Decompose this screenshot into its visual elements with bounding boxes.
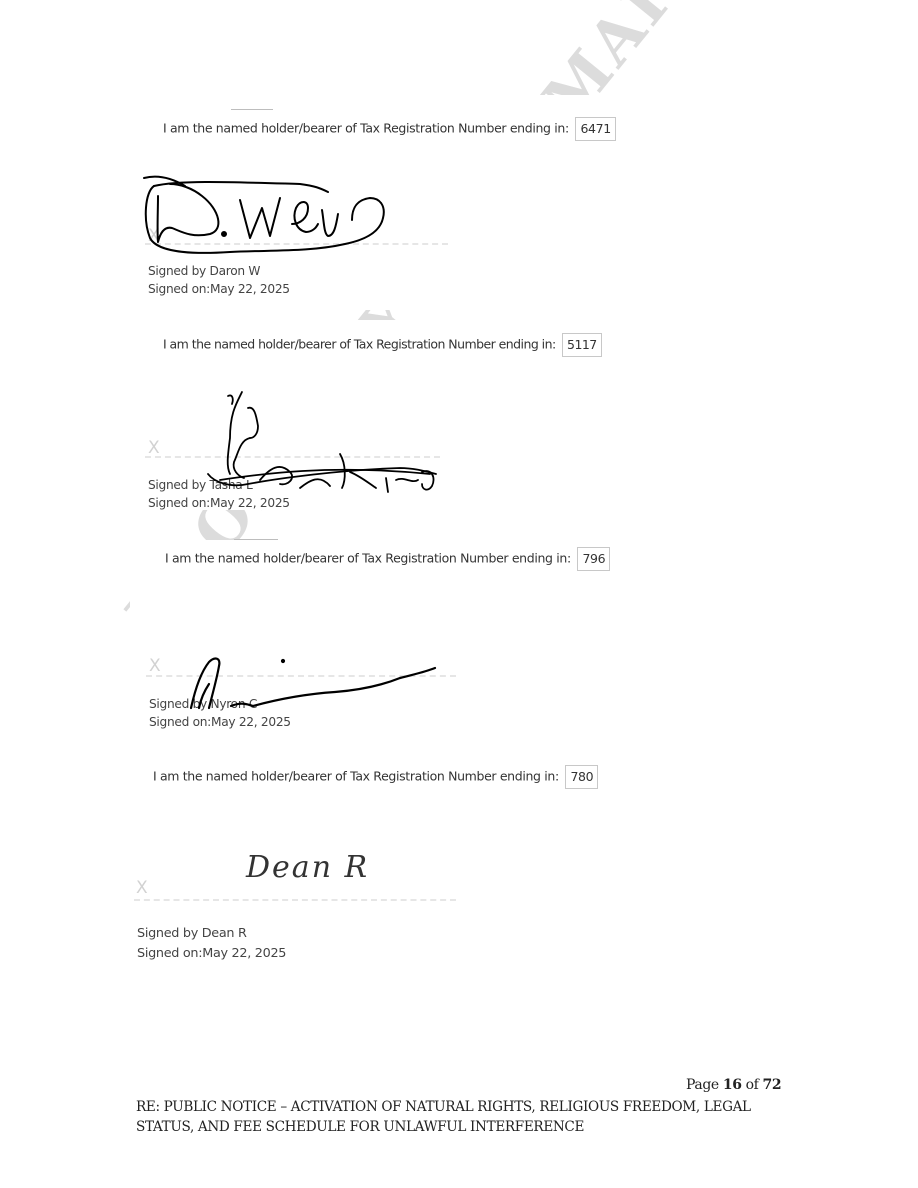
trn-statement: I am the named holder/bearer of Tax Regi…	[163, 333, 602, 357]
typed-signature: Dean R	[246, 850, 369, 885]
trn-label: I am the named holder/bearer of Tax Regi…	[153, 769, 559, 784]
signature-line	[134, 899, 456, 901]
trn-statement: I am the named holder/bearer of Tax Regi…	[153, 765, 598, 789]
trn-label: I am the named holder/bearer of Tax Regi…	[163, 337, 556, 352]
signature-x-mark: X	[149, 656, 161, 676]
handwritten-signature-icon	[185, 654, 445, 714]
signed-on: Signed on:May 22, 2025	[137, 944, 286, 964]
trn-statement: I am the named holder/bearer of Tax Regi…	[165, 547, 610, 571]
handwritten-signature-icon	[140, 170, 400, 265]
trn-label: I am the named holder/bearer of Tax Regi…	[163, 121, 569, 136]
page-number: Page 16 of 72	[686, 1077, 781, 1093]
signature-x-mark: X	[148, 438, 160, 458]
trn-label: I am the named holder/bearer of Tax Regi…	[165, 551, 571, 566]
content-mask	[560, 505, 620, 535]
tab-stub	[234, 539, 278, 540]
footer-reference: RE: PUBLIC NOTICE – ACTIVATION OF NATURA…	[136, 1097, 796, 1137]
signed-on: Signed on:May 22, 2025	[149, 713, 291, 731]
signature-meta: Signed by Daron W Signed on:May 22, 2025	[148, 262, 290, 298]
signed-on: Signed on:May 22, 2025	[148, 280, 290, 298]
signature-meta: Signed by Dean R Signed on:May 22, 2025	[137, 924, 286, 964]
current-page: 16	[723, 1077, 742, 1093]
trn-value-field[interactable]: 6471	[575, 117, 615, 141]
trn-value-field[interactable]: 796	[577, 547, 610, 571]
trn-statement: I am the named holder/bearer of Tax Regi…	[163, 117, 616, 141]
tab-stub	[231, 109, 273, 110]
trn-value-field[interactable]: 780	[565, 765, 598, 789]
document-page: PROPERTY OF JAMAICA I am the named holde…	[0, 0, 918, 1188]
total-pages: 72	[762, 1077, 781, 1093]
signed-on: Signed on:May 22, 2025	[148, 494, 290, 512]
handwritten-signature-icon	[200, 388, 440, 493]
signature-x-mark: X	[136, 878, 148, 898]
signed-by: Signed by Dean R	[137, 924, 286, 944]
trn-value-field[interactable]: 5117	[562, 333, 602, 357]
